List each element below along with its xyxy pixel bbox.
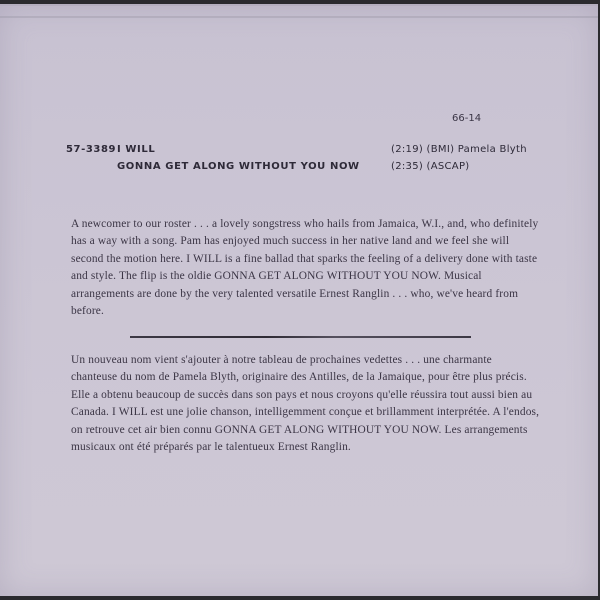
track-a-title: I WILL bbox=[117, 144, 155, 155]
catalog-reference: 66-14 bbox=[452, 113, 481, 124]
track-b-meta: (2:35) (ASCAP) bbox=[391, 161, 469, 172]
track-a-meta: (2:19) (BMI) Pamela Blyth bbox=[391, 144, 527, 155]
liner-notes-french: Un nouveau nom vient s'ajouter à notre t… bbox=[71, 352, 541, 456]
liner-notes-english: A newcomer to our roster . . . a lovely … bbox=[71, 216, 541, 320]
track-b-title: GONNA GET ALONG WITHOUT YOU NOW bbox=[117, 161, 360, 172]
record-sleeve-back: 66-14 57-3389 I WILL (2:19) (BMI) Pamela… bbox=[0, 4, 598, 596]
divider-line bbox=[130, 336, 471, 338]
release-number: 57-3389 bbox=[66, 144, 116, 155]
